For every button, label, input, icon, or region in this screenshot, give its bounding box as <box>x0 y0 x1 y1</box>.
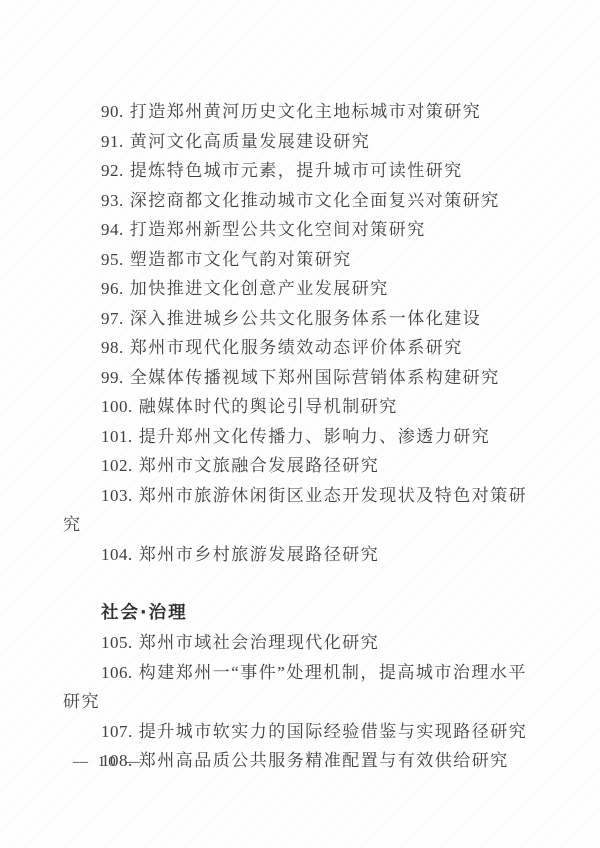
item-title: 郑州市域社会治理现代化研究 <box>139 633 380 652</box>
item-title: 深入推进城乡公共文化服务体系一体化建设 <box>130 309 482 328</box>
item-title: 郑州高品质公共服务精准配置与有效供给研究 <box>139 751 509 770</box>
list-item: 94.打造郑州新型公共文化空间对策研究 <box>63 215 533 245</box>
list-item: 98.郑州市现代化服务绩效动态评价体系研究 <box>63 333 533 363</box>
list-item: 105.郑州市域社会治理现代化研究 <box>63 628 533 658</box>
item-number: 105. <box>101 633 133 652</box>
item-number: 98. <box>101 338 124 357</box>
item-number: 100. <box>101 397 133 416</box>
list-item: 101.提升郑州文化传播力、影响力、渗透力研究 <box>63 422 533 452</box>
item-title: 融媒体时代的舆论引导机制研究 <box>139 397 398 416</box>
list-item: 96.加快推进文化创意产业发展研究 <box>63 274 533 304</box>
topic-list: 90.打造郑州黄河历史文化主地标城市对策研究 91.黄河文化高质量发展建设研究 … <box>63 97 533 776</box>
item-title: 黄河文化高质量发展建设研究 <box>130 132 371 151</box>
item-number: 94. <box>101 220 124 239</box>
item-number: 101. <box>101 427 133 446</box>
list-item: 90.打造郑州黄河历史文化主地标城市对策研究 <box>63 97 533 127</box>
item-number: 97. <box>101 309 124 328</box>
list-item: 93.深挖商都文化推动城市文化全面复兴对策研究 <box>63 186 533 216</box>
item-number: 99. <box>101 368 124 387</box>
item-number: 102. <box>101 456 133 475</box>
item-number: 103. <box>101 486 133 505</box>
item-number: 93. <box>101 191 124 210</box>
list-item: 95.塑造都市文化气韵对策研究 <box>63 245 533 275</box>
list-item: 102.郑州市文旅融合发展路径研究 <box>63 451 533 481</box>
item-title: 郑州市文旅融合发展路径研究 <box>139 456 380 475</box>
item-number: 91. <box>101 132 124 151</box>
section-header-society-governance: 社会·治理 <box>63 599 533 629</box>
item-title: 打造郑州黄河历史文化主地标城市对策研究 <box>130 102 482 121</box>
list-item: 97.深入推进城乡公共文化服务体系一体化建设 <box>63 304 533 334</box>
item-number: 92. <box>101 161 124 180</box>
item-title: 深挖商都文化推动城市文化全面复兴对策研究 <box>130 191 500 210</box>
list-item: 91.黄河文化高质量发展建设研究 <box>63 127 533 157</box>
item-number: 96. <box>101 279 124 298</box>
item-number: 90. <box>101 102 124 121</box>
item-number: 95. <box>101 250 124 269</box>
list-item: 100.融媒体时代的舆论引导机制研究 <box>63 392 533 422</box>
item-title: 塑造都市文化气韵对策研究 <box>130 250 352 269</box>
item-title: 提升城市软实力的国际经验借鉴与实现路径研究 <box>139 722 528 741</box>
list-item: 104.郑州市乡村旅游发展路径研究 <box>63 540 533 570</box>
list-item: 92.提炼特色城市元素，提升城市可读性研究 <box>63 156 533 186</box>
item-title: 提升郑州文化传播力、影响力、渗透力研究 <box>139 427 491 446</box>
page-number: — 10 — <box>73 754 144 771</box>
list-item: 99.全媒体传播视域下郑州国际营销体系构建研究 <box>63 363 533 393</box>
item-title: 提炼特色城市元素，提升城市可读性研究 <box>130 161 463 180</box>
item-title: 打造郑州新型公共文化空间对策研究 <box>130 220 426 239</box>
item-number: 104. <box>101 545 133 564</box>
item-title: 郑州市乡村旅游发展路径研究 <box>139 545 380 564</box>
list-item: 106.构建郑州一“事件”处理机制，提高城市治理水平研究 <box>63 658 533 717</box>
list-item: 103.郑州市旅游休闲街区业态开发现状及特色对策研究 <box>63 481 533 540</box>
item-number: 107. <box>101 722 133 741</box>
document-page: 90.打造郑州黄河历史文化主地标城市对策研究 91.黄河文化高质量发展建设研究 … <box>0 0 600 848</box>
item-title: 加快推进文化创意产业发展研究 <box>130 279 389 298</box>
item-number: 106. <box>101 663 133 682</box>
list-item: 107.提升城市软实力的国际经验借鉴与实现路径研究 <box>63 717 533 747</box>
item-title: 全媒体传播视域下郑州国际营销体系构建研究 <box>130 368 500 387</box>
item-title: 郑州市现代化服务绩效动态评价体系研究 <box>130 338 463 357</box>
